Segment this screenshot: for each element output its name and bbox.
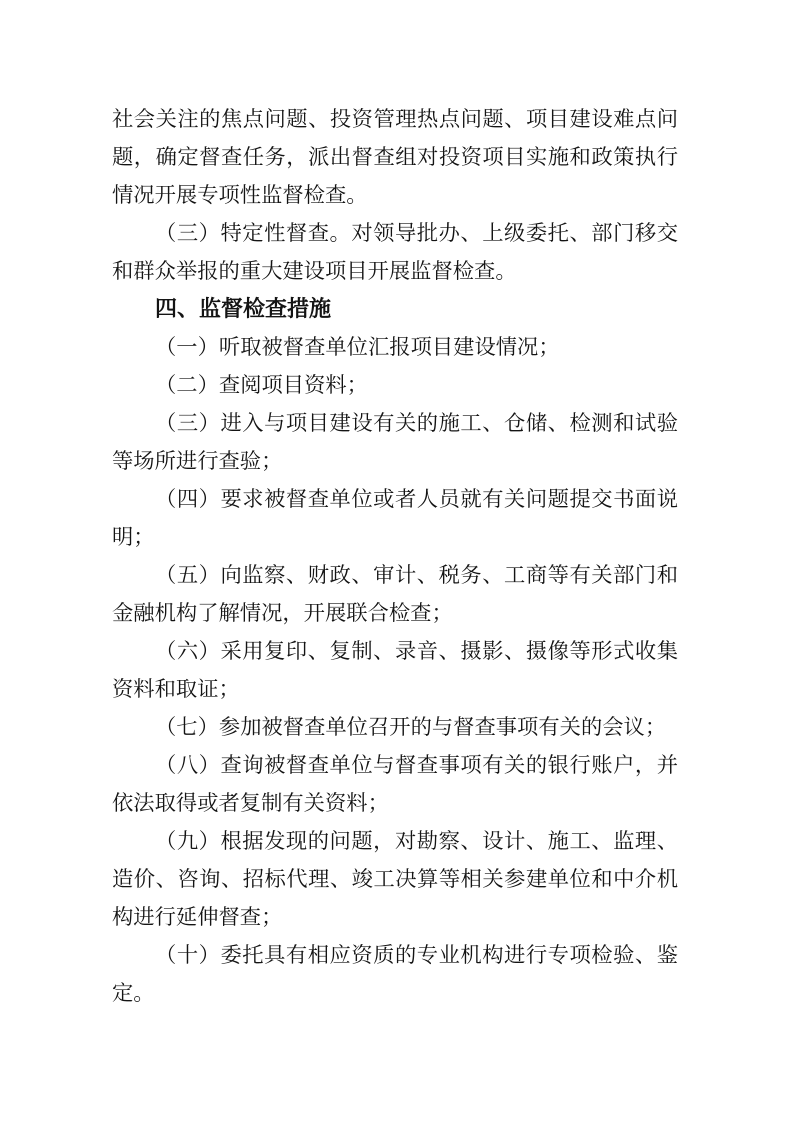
text-line: （七）参加被督查单位召开的与督查事项有关的会议；: [112, 708, 678, 746]
text-line: 和群众举报的重大建设项目开展监督检查。: [112, 252, 678, 290]
text-line: 构进行延伸督查；: [112, 898, 678, 936]
section-heading-4: 四、监督检查措施: [112, 290, 678, 328]
text-line: （一）听取被督查单位汇报项目建设情况；: [112, 328, 678, 366]
paragraph-measure-1: （一）听取被督查单位汇报项目建设情况；: [112, 328, 678, 366]
text-line: 资料和取证；: [112, 670, 678, 708]
section-heading-text: 四、监督检查措施: [112, 290, 678, 328]
paragraph-measure-6: （六）采用复印、复制、录音、摄影、摄像等形式收集 资料和取证；: [112, 632, 678, 708]
text-line: 金融机构了解情况，开展联合检查；: [112, 594, 678, 632]
text-line: （三）进入与项目建设有关的施工、仓储、检测和试验: [112, 404, 678, 442]
text-line: 社会关注的焦点问题、投资管理热点问题、项目建设难点问: [112, 100, 678, 138]
document-page: 社会关注的焦点问题、投资管理热点问题、项目建设难点问 题，确定督查任务，派出督查…: [0, 0, 793, 1122]
text-line: （六）采用复印、复制、录音、摄影、摄像等形式收集: [112, 632, 678, 670]
text-line: 题，确定督查任务，派出督查组对投资项目实施和政策执行: [112, 138, 678, 176]
paragraph-measure-7: （七）参加被督查单位召开的与督查事项有关的会议；: [112, 708, 678, 746]
paragraph-continuation: 社会关注的焦点问题、投资管理热点问题、项目建设难点问 题，确定督查任务，派出督查…: [112, 100, 678, 214]
text-line: 等场所进行查验；: [112, 442, 678, 480]
text-line: 造价、咨询、招标代理、竣工决算等相关参建单位和中介机: [112, 860, 678, 898]
text-line: （二）查阅项目资料；: [112, 366, 678, 404]
text-line: （九）根据发现的问题，对勘察、设计、施工、监理、: [112, 822, 678, 860]
text-line: （四）要求被督查单位或者人员就有关问题提交书面说: [112, 480, 678, 518]
text-line: 情况开展专项性监督检查。: [112, 176, 678, 214]
paragraph-measure-4: （四）要求被督查单位或者人员就有关问题提交书面说 明；: [112, 480, 678, 556]
text-line: 明；: [112, 518, 678, 556]
paragraph-measure-3: （三）进入与项目建设有关的施工、仓储、检测和试验 等场所进行查验；: [112, 404, 678, 480]
document-content: 社会关注的焦点问题、投资管理热点问题、项目建设难点问 题，确定督查任务，派出督查…: [112, 100, 678, 1012]
text-line: 定。: [112, 974, 678, 1012]
paragraph-measure-5: （五）向监察、财政、审计、税务、工商等有关部门和 金融机构了解情况，开展联合检查…: [112, 556, 678, 632]
text-line: 依法取得或者复制有关资料；: [112, 784, 678, 822]
paragraph-measure-9: （九）根据发现的问题，对勘察、设计、施工、监理、 造价、咨询、招标代理、竣工决算…: [112, 822, 678, 936]
text-line: （五）向监察、财政、审计、税务、工商等有关部门和: [112, 556, 678, 594]
text-line: （三）特定性督查。对领导批办、上级委托、部门移交: [112, 214, 678, 252]
text-line: （八）查询被督查单位与督查事项有关的银行账户，并: [112, 746, 678, 784]
paragraph-measure-2: （二）查阅项目资料；: [112, 366, 678, 404]
text-line: （十）委托具有相应资质的专业机构进行专项检验、鉴: [112, 936, 678, 974]
paragraph-item-3-special: （三）特定性督查。对领导批办、上级委托、部门移交 和群众举报的重大建设项目开展监…: [112, 214, 678, 290]
paragraph-measure-8: （八）查询被督查单位与督查事项有关的银行账户，并 依法取得或者复制有关资料；: [112, 746, 678, 822]
paragraph-measure-10: （十）委托具有相应资质的专业机构进行专项检验、鉴 定。: [112, 936, 678, 1012]
